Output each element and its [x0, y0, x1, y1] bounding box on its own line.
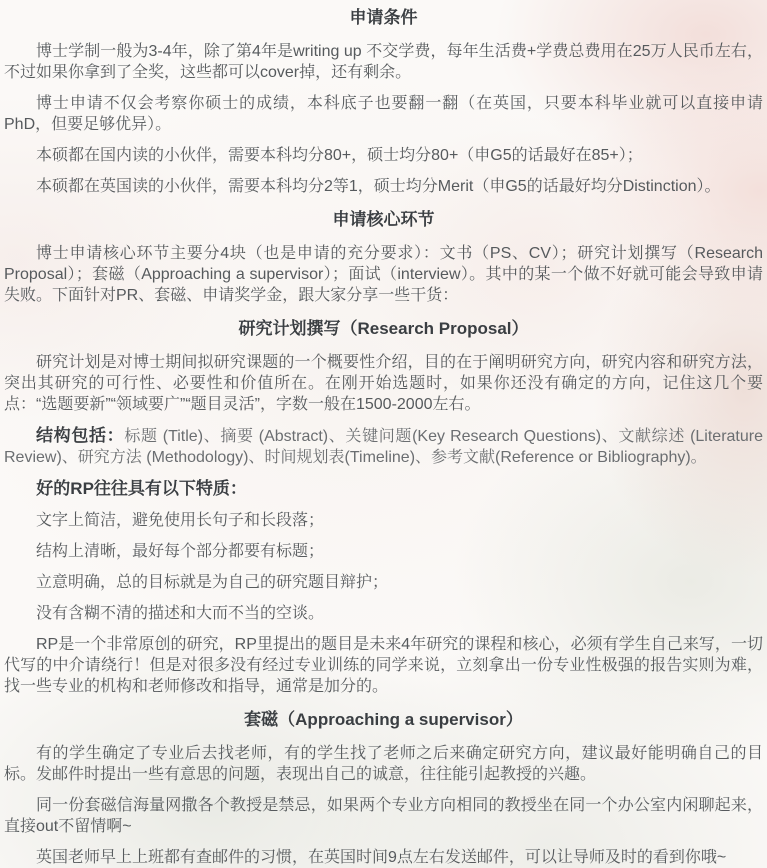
heading-application-conditions: 申请条件 [4, 7, 763, 29]
para-rp-structure: 结构包括：标题 (Title)、摘要 (Abstract)、关键问题(Key R… [4, 425, 763, 468]
para-supervisor-goal: 有的学生确定了专业后去找老师，有的学生找了老师之后来确定研究方向，建议最好能明确… [4, 743, 763, 785]
heading-core-steps: 申请核心环节 [4, 209, 763, 231]
para-mass-email-taboo: 同一份套磁信海量网撒各个教授是禁忌，如果两个专业方向相同的教授坐在同一个办公室内… [4, 795, 763, 837]
phd-application-article: 申请条件 博士学制一般为3-4年，除了第4年是writing up 不交学费，每… [0, 0, 767, 868]
para-trait-no-vagueness: 没有含糊不清的描述和大而不当的空谈。 [4, 603, 763, 624]
para-core-steps-overview: 博士申请核心环节主要分4块（也是申请的充分要求）：文书（PS、CV）；研究计划撰… [4, 243, 763, 306]
article-page: { "article": { "headings": { "conditions… [0, 0, 767, 868]
para-rp-originality: RP是一个非常原创的研究，RP里提出的题目是未来4年研究的课程和核心，必须有学生… [4, 634, 763, 697]
para-trait-aim: 立意明确，总的目标就是为自己的研究题目辩护； [4, 572, 763, 593]
subheading-good-rp-traits: 好的RP往往具有以下特质： [4, 478, 763, 500]
para-trait-structure: 结构上清晰，最好每个部分都要有标题； [4, 541, 763, 562]
para-domestic-grade-requirements: 本硕都在国内读的小伙伴，需要本科均分80+，硕士均分80+（申G5的话最好在85… [4, 145, 763, 166]
para-email-timing: 英国老师早上上班都有查邮件的习惯，在英国时间9点左右发送邮件，可以让导师及时的看… [4, 847, 763, 868]
structure-lead-label: 结构包括： [36, 426, 124, 445]
para-rp-intro: 研究计划是对博士期间拟研究课题的一个概要性介绍，目的在于阐明研究方向，研究内容和… [4, 352, 763, 415]
heading-research-proposal: 研究计划撰写（Research Proposal） [4, 318, 763, 340]
para-trait-concise: 文字上简洁，避免使用长句子和长段落； [4, 510, 763, 531]
para-uk-grade-requirements: 本硕都在英国读的小伙伴，需要本科均分2等1，硕士均分Merit（申G5的话最好均… [4, 176, 763, 197]
heading-approaching-supervisor: 套磁（Approaching a supervisor） [4, 709, 763, 731]
para-undergrad-background: 博士申请不仅会考察你硕士的成绩，本科底子也要翻一翻（在英国，只要本科毕业就可以直… [4, 93, 763, 135]
para-program-duration: 博士学制一般为3-4年，除了第4年是writing up 不交学费，每年生活费+… [4, 41, 763, 83]
